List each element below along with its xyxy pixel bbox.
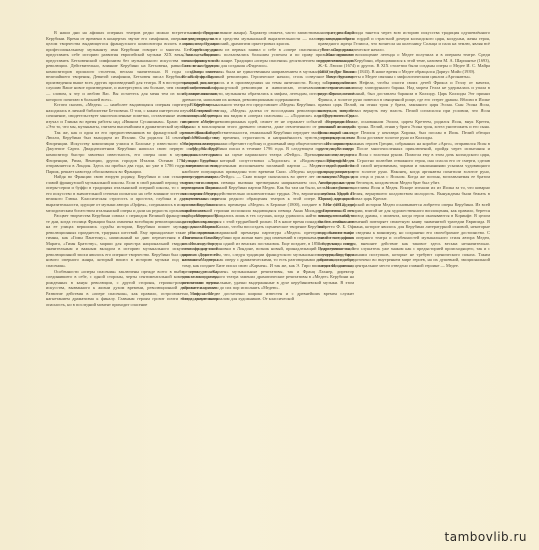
paragraph: Богиня облаков Нефела, чтобы спасти свои… [318,80,490,119]
paragraph: Многократное воплощение легенда о Медее … [318,52,490,74]
paragraph: Но не были счастливы Ясон и Медея. Вскор… [318,185,490,202]
paragraph: В городе Иолке, основанном Эолом, царем … [318,119,490,141]
text-column-3: трагедии Еврипида тянется через всю исто… [318,30,490,500]
magazine-page: В наши дни на афишах оперных театров ред… [0,0,539,550]
watermark: tambovlib.ru [445,530,527,544]
paragraph: трагедии Еврипида тянется через всю исто… [318,30,490,52]
paragraph: На этой коринфской истории Медеи основыв… [318,202,490,269]
paragraph: Из самых отважных героев Греции, собранн… [318,141,490,185]
